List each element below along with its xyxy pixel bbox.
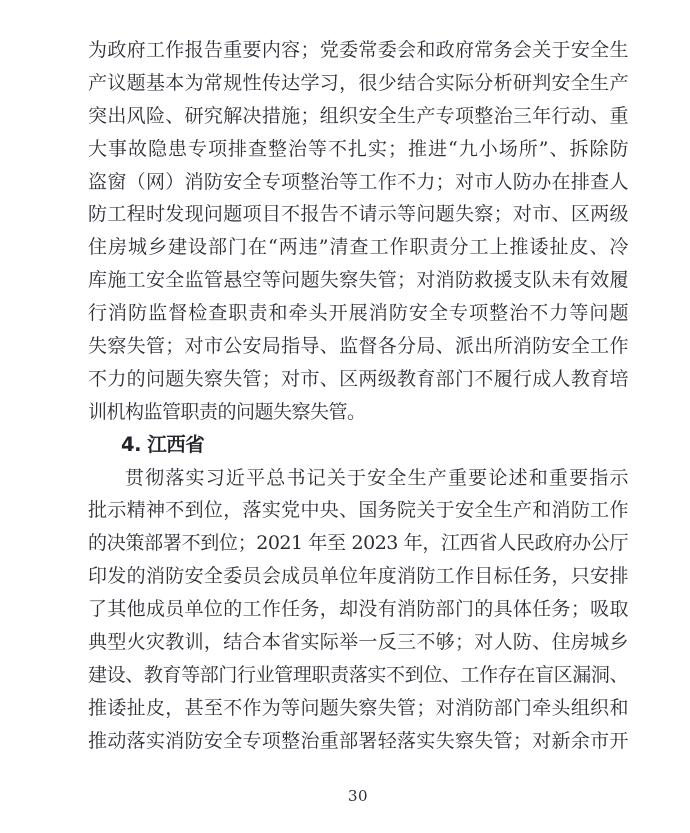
body-text-line: 推动落实消防安全专项整治重部署轻落实失察失管；对新余市开: [88, 725, 628, 758]
body-text-line: 行消防监督检查职责和牵头开展消防安全专项整治不力等问题: [88, 297, 628, 330]
page-text-block: 为政府工作报告重要内容；党委常委会和政府常务会关于安全生 产议题基本为常规性传达…: [88, 34, 628, 758]
body-text-line: 了其他成员单位的工作任务，却没有消防部门的具体任务；吸取: [88, 593, 628, 626]
body-text-line: 盗窗（网）消防安全专项整治等工作不力；对市人防办在排查人: [88, 166, 628, 199]
page-number: 30: [88, 786, 628, 806]
body-text-line: 不力的问题失察失管；对市、区两级教育部门不履行成人教育培: [88, 363, 628, 396]
body-text-line: 的决策部署不到位；2021 年至 2023 年，江西省人民政府办公厅: [88, 527, 628, 560]
body-text-line: 失察失管；对市公安局指导、监督各分局、派出所消防安全工作: [88, 330, 628, 363]
document-page: 为政府工作报告重要内容；党委常委会和政府常务会关于安全生 产议题基本为常规性传达…: [0, 0, 690, 833]
body-text-line: 典型火灾教训，结合本省实际举一反三不够；对人防、住房城乡: [88, 626, 628, 659]
body-text-line: 防工程时发现问题项目不报告不请示等问题失察；对市、区两级: [88, 198, 628, 231]
body-text-line: 产议题基本为常规性传达学习，很少结合实际分析研判安全生产: [88, 67, 628, 100]
section-heading-jiangxi: 4. 江西省: [88, 429, 628, 462]
body-text-line-paragraph-end: 训机构监管职责的问题失察失管。: [88, 396, 628, 429]
body-text-line: 库施工安全监管悬空等问题失察失管；对消防救援支队未有效履: [88, 264, 628, 297]
body-text-line: 贯彻落实习近平总书记关于安全生产重要论述和重要指示: [88, 462, 628, 495]
body-text-line: 大事故隐患专项排查整治等不扎实；推进“九小场所”、拆除防: [88, 133, 628, 166]
body-text-line: 批示精神不到位，落实党中央、国务院关于安全生产和消防工作: [88, 494, 628, 527]
body-text-line: 突出风险、研究解决措施；组织安全生产专项整治三年行动、重: [88, 100, 628, 133]
body-text-line: 住房城乡建设部门在“两违”清查工作职责分工上推诿扯皮、冷: [88, 231, 628, 264]
body-text-line: 印发的消防安全委员会成员单位年度消防工作目标任务，只安排: [88, 560, 628, 593]
body-text-line: 推诿扯皮，甚至不作为等问题失察失管；对消防部门牵头组织和: [88, 692, 628, 725]
body-text-line: 为政府工作报告重要内容；党委常委会和政府常务会关于安全生: [88, 34, 628, 67]
body-text-line: 建设、教育等部门行业管理职责落实不到位、工作存在盲区漏洞、: [88, 659, 628, 692]
